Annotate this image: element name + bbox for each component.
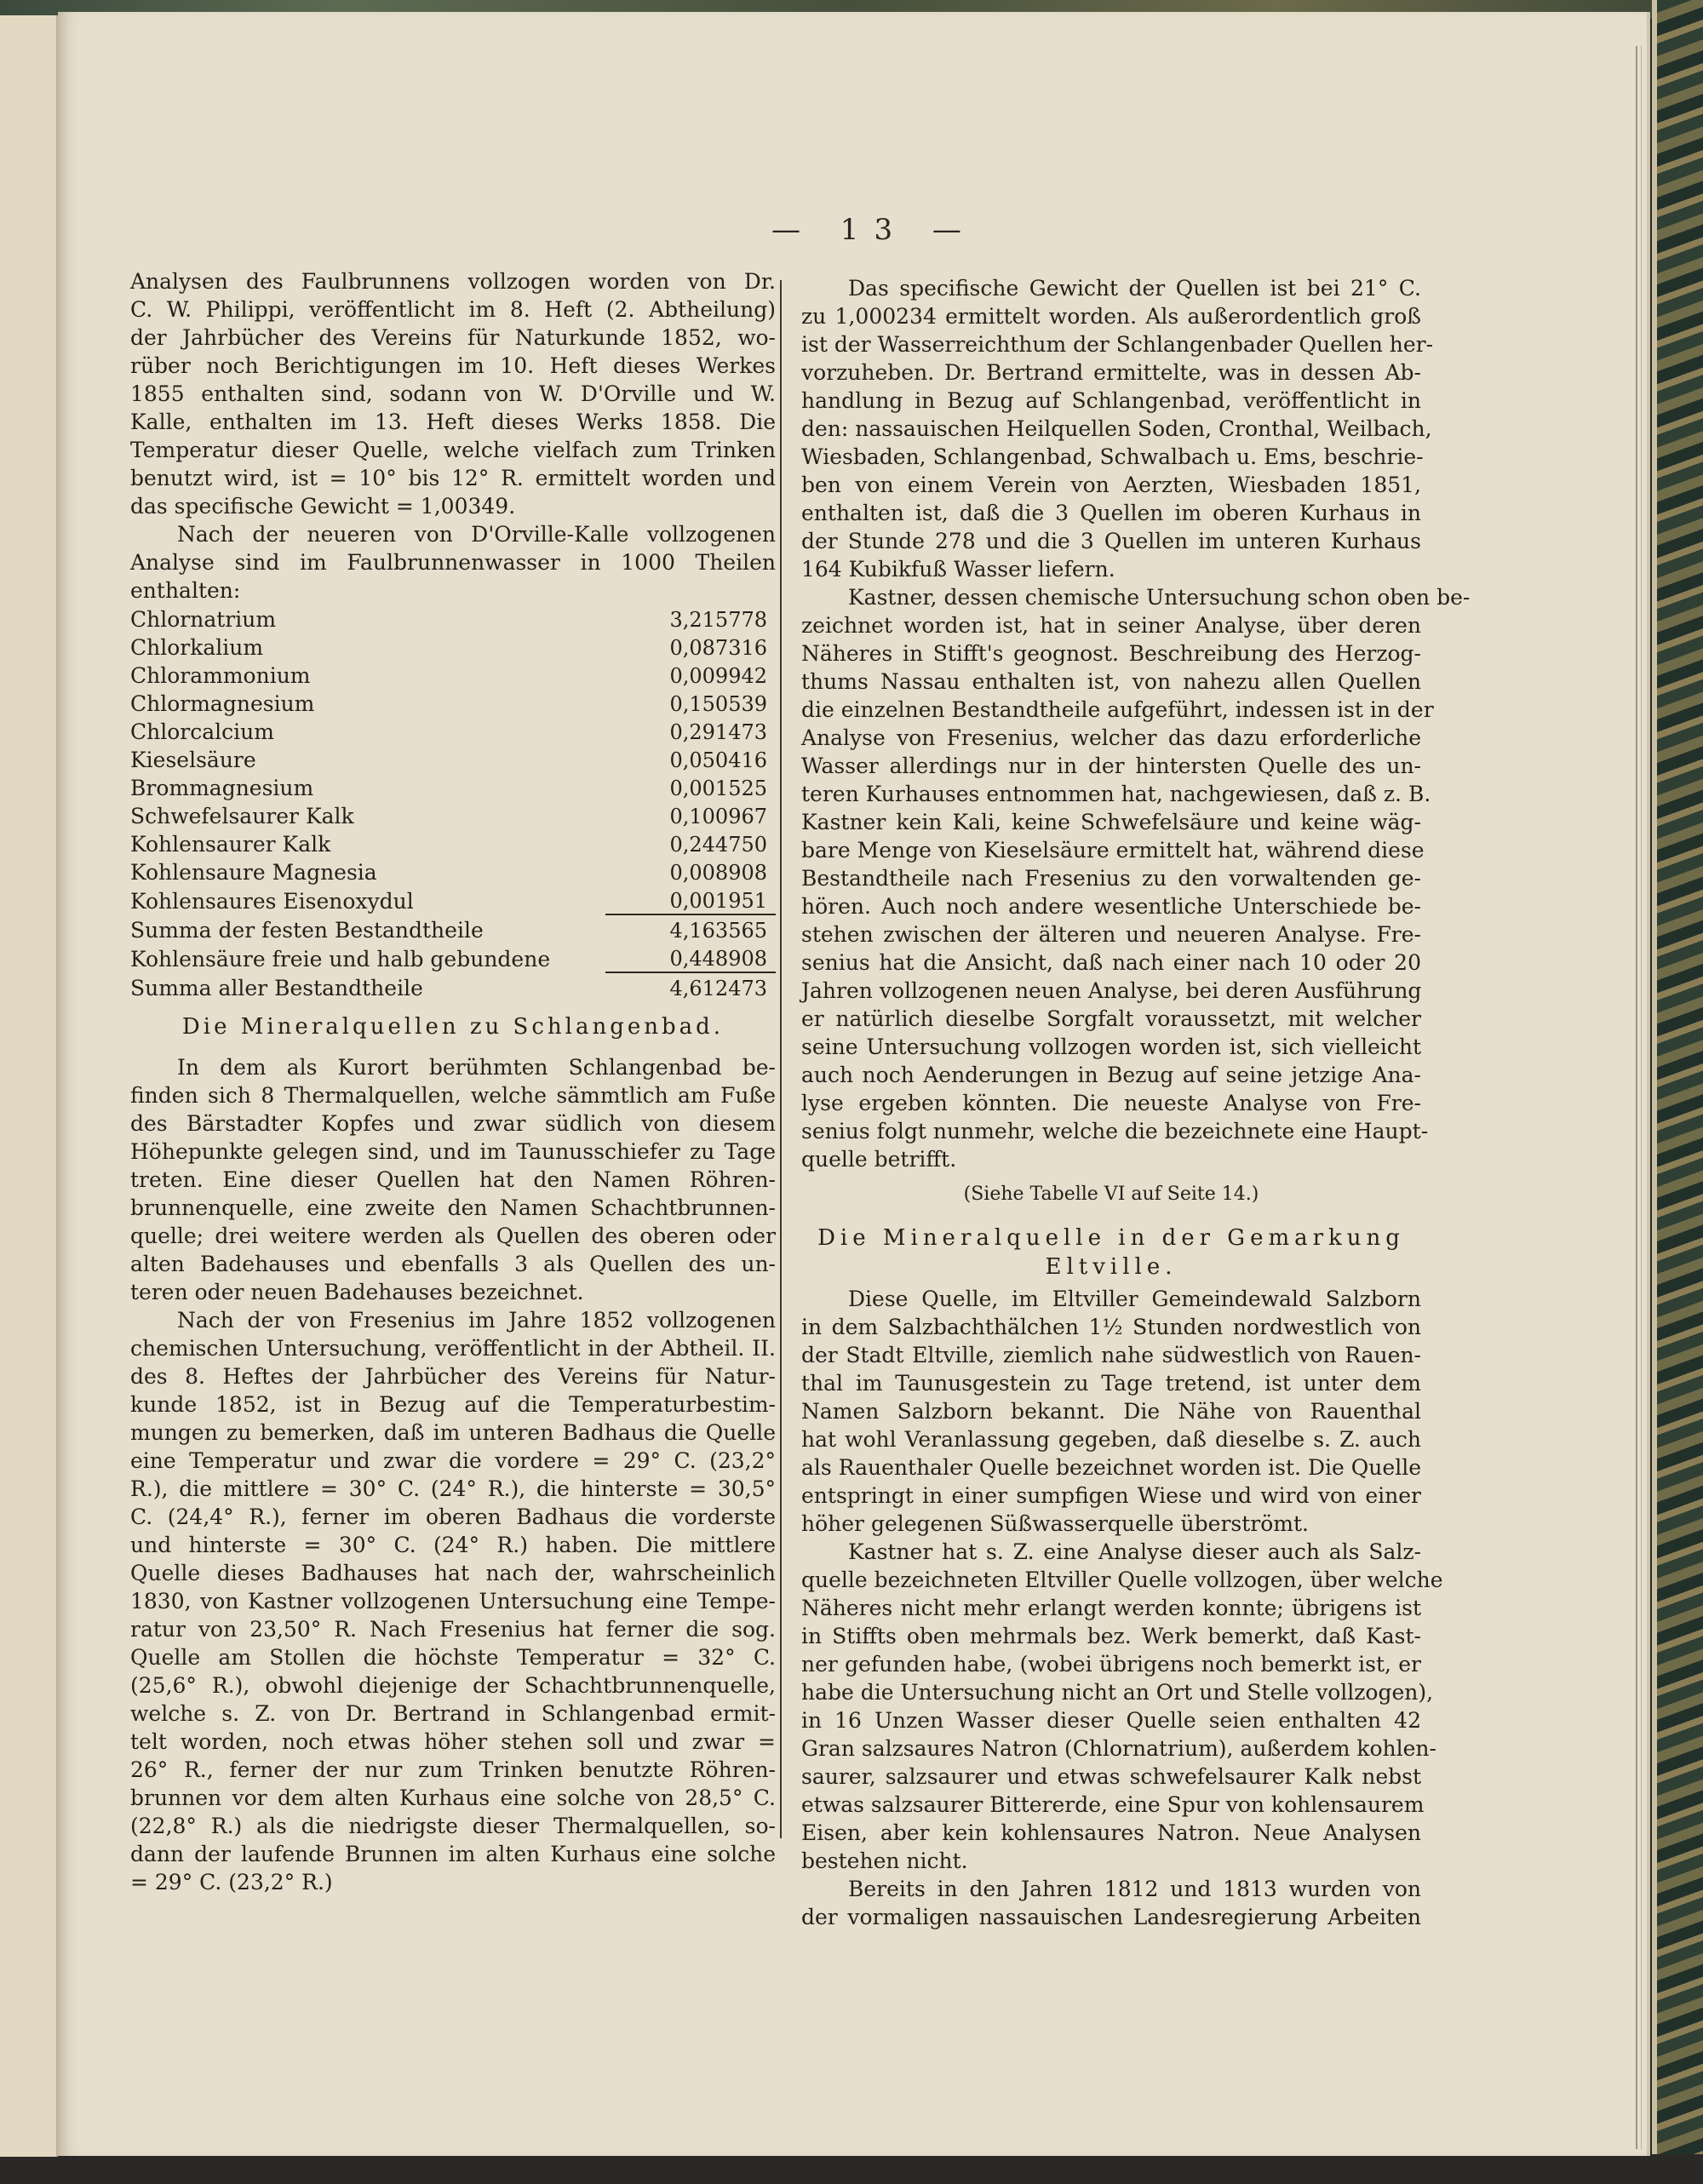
text-line: R.), die mittlere = 30° C. (24° R.), die… <box>130 1475 776 1503</box>
component-name: Kohlensaures Eisenoxydul <box>130 886 605 914</box>
text-line: rüber noch Berichtigungen im 10. Heft di… <box>130 352 776 380</box>
text-line: senius hat die Ansicht, daß nach einer n… <box>801 949 1421 977</box>
right-column: Das specifische Gewicht der Quellen ist … <box>801 274 1421 1931</box>
text-line: quelle betrifft. <box>801 1145 1421 1173</box>
component-name: Summa der festen Bestandtheile <box>130 914 605 943</box>
text-line: alten Badehauses und ebenfalls 3 als Que… <box>130 1250 776 1278</box>
text-line: benutzt wird, ist = 10° bis 12° R. ermit… <box>130 464 776 492</box>
text-line: Analyse von Fresenius, welcher das dazu … <box>801 724 1421 752</box>
component-value: 0,001525 <box>605 773 776 801</box>
page-edge <box>1636 46 1642 2149</box>
table-row-total: Summa aller Bestandtheile4,612473 <box>130 972 776 1001</box>
table-row: Kohlensäure freie und halb gebundene0,44… <box>130 943 776 972</box>
text-line: ner gefunden habe, (wobei übrigens noch … <box>801 1650 1421 1678</box>
paragraph: Das specifische Gewicht der Quellen ist … <box>801 274 1421 583</box>
analysis-table: Chlornatrium3,215778 Chlorkalium0,087316… <box>130 605 776 1001</box>
text-line: saurer, salzsaurer und etwas schwefelsau… <box>801 1763 1421 1791</box>
text-line: zeichnet worden ist, hat in seiner Analy… <box>801 611 1421 639</box>
text-line: Kastner hat s. Z. eine Analyse dieser au… <box>801 1538 1421 1566</box>
text-line: enthalten ist, daß die 3 Quellen im ober… <box>801 499 1421 527</box>
text-line: handlung in Bezug auf Schlangenbad, verö… <box>801 387 1421 415</box>
table-reference: (Siehe Tabelle VI auf Seite 14.) <box>801 1180 1421 1208</box>
text-line: dann der laufende Brunnen im alten Kurha… <box>130 1840 776 1868</box>
text-line: das specifische Gewicht = 1,00349. <box>130 492 776 520</box>
text-line: lyse ergeben könnten. Die neueste Analys… <box>801 1089 1421 1117</box>
text-line: Wasser allerdings nur in der hintersten … <box>801 752 1421 780</box>
table-row-subtotal: Summa der festen Bestandtheile4,163565 <box>130 914 776 943</box>
table-row: Schwefelsaurer Kalk0,100967 <box>130 801 776 829</box>
text-line: bare Menge von Kieselsäure ermittelt hat… <box>801 836 1421 864</box>
text-line: quelle bezeichneten Eltviller Quelle vol… <box>801 1566 1421 1594</box>
text-line: brunnenquelle, eine zweite den Namen Sch… <box>130 1194 776 1222</box>
text-line: höher gelegenen Süßwasserquelle überströ… <box>801 1510 1421 1538</box>
heading-line: Eltville. <box>801 1253 1421 1281</box>
text-line: Wiesbaden, Schlangenbad, Schwalbach u. E… <box>801 443 1421 471</box>
text-line: in dem Salzbachthälchen 1½ Stunden nordw… <box>801 1313 1421 1341</box>
text-line: treten. Eine dieser Quellen hat den Name… <box>130 1166 776 1194</box>
table-row: Kohlensaures Eisenoxydul0,001951 <box>130 886 776 914</box>
text-line: Diese Quelle, im Eltviller Gemeindewald … <box>801 1285 1421 1313</box>
text-line: Näheres nicht mehr erlangt werden konnte… <box>801 1594 1421 1622</box>
table-row: Kieselsäure0,050416 <box>130 745 776 773</box>
component-name: Chlorcalcium <box>130 717 605 745</box>
text-line: telt worden, noch etwas höher stehen sol… <box>130 1728 776 1756</box>
component-name: Kohlensaure Magnesia <box>130 857 605 886</box>
section-heading-eltville: Die Mineralquelle in der Gemarkung Eltvi… <box>801 1224 1421 1281</box>
text-line: mungen zu bemerken, daß im unteren Badha… <box>130 1419 776 1447</box>
component-value: 0,050416 <box>605 745 776 773</box>
text-line: In dem als Kurort berühmten Schlangenbad… <box>130 1053 776 1081</box>
component-value: 0,100967 <box>605 801 776 829</box>
text-line: thums Nassau enthalten ist, von nahezu a… <box>801 668 1421 696</box>
component-value: 4,612473 <box>605 972 776 1001</box>
text-line: des 8. Heftes der Jahrbücher des Vereins… <box>130 1362 776 1390</box>
table-row: Kohlensaurer Kalk0,244750 <box>130 829 776 857</box>
text-line: auch noch Aenderungen in Bezug auf seine… <box>801 1061 1421 1089</box>
text-line: 164 Kubikfuß Wasser liefern. <box>801 555 1421 583</box>
text-line: Kastner kein Kali, keine Schwefelsäure u… <box>801 808 1421 836</box>
text-line: 26° R., ferner der nur zum Trinken benut… <box>130 1756 776 1784</box>
text-line: in 16 Unzen Wasser dieser Quelle seien e… <box>801 1706 1421 1734</box>
text-line: 1855 enthalten sind, sodann von W. D'Orv… <box>130 380 776 408</box>
text-line: vorzuheben. Dr. Bertrand ermittelte, was… <box>801 358 1421 387</box>
text-line: die einzelnen Bestandtheile aufgeführt, … <box>801 696 1421 724</box>
text-line: Bereits in den Jahren 1812 und 1813 wurd… <box>801 1875 1421 1903</box>
text-line: seine Untersuchung vollzogen worden ist,… <box>801 1033 1421 1061</box>
text-line: Analysen des Faulbrunnens vollzogen word… <box>130 267 776 295</box>
text-line: chemischen Untersuchung, veröffentlicht … <box>130 1334 776 1362</box>
text-line: enthalten: <box>130 576 776 605</box>
text-line: Näheres in Stifft's geognost. Beschreibu… <box>801 639 1421 668</box>
component-value: 0,009942 <box>605 661 776 689</box>
component-value: 4,163565 <box>605 914 776 943</box>
paragraph: Diese Quelle, im Eltviller Gemeindewald … <box>801 1285 1421 1538</box>
text-line: bestehen nicht. <box>801 1847 1421 1875</box>
text-line: ratur von 23,50° R. Nach Fresenius hat f… <box>130 1615 776 1643</box>
component-name: Chlorammonium <box>130 661 605 689</box>
text-line: stehen zwischen der älteren und neueren … <box>801 920 1421 949</box>
book-binding-bottom <box>0 2154 1703 2184</box>
text-line: senius folgt nunmehr, welche die bezeich… <box>801 1117 1421 1145</box>
text-line: eine Temperatur und zwar die vordere = 2… <box>130 1447 776 1475</box>
component-name: Chlormagnesium <box>130 689 605 717</box>
text-line: und hinterste = 30° C. (24° R.) haben. D… <box>130 1531 776 1559</box>
text-line: Bestandtheile nach Fresenius zu den vorw… <box>801 864 1421 892</box>
text-line: Gran salzsaures Natron (Chlornatrium), a… <box>801 1734 1421 1763</box>
text-line: C. W. Philippi, veröffentlicht im 8. Hef… <box>130 295 776 324</box>
page-number: — 13 — <box>771 213 977 247</box>
table-row: Chlormagnesium0,150539 <box>130 689 776 717</box>
text-line: (25,6° R.), obwohl diejenige der Schacht… <box>130 1671 776 1700</box>
section-heading-schlangenbad: Die Mineralquellen zu Schlangenbad. <box>130 1013 776 1041</box>
paragraph: Kastner, dessen chemische Untersuchung s… <box>801 583 1421 1173</box>
marbled-cover-edge <box>1652 0 1703 2184</box>
text-line: = 29° C. (23,2° R.) <box>130 1868 776 1896</box>
component-value: 0,244750 <box>605 829 776 857</box>
text-line: entspringt in einer sumpfigen Wiese und … <box>801 1482 1421 1510</box>
paragraph: Bereits in den Jahren 1812 und 1813 wurd… <box>801 1875 1421 1931</box>
book-page: — 13 — Analysen des Faulbrunnens vollzog… <box>58 12 1650 2156</box>
table-row: Kohlensaure Magnesia0,008908 <box>130 857 776 886</box>
component-name: Kohlensaurer Kalk <box>130 829 605 857</box>
text-line: brunnen vor dem alten Kurhaus eine solch… <box>130 1784 776 1812</box>
text-line: in Stiffts oben mehrmals bez. Werk bemer… <box>801 1622 1421 1650</box>
text-line: welche s. Z. von Dr. Bertrand in Schlang… <box>130 1700 776 1728</box>
text-line: den: nassauischen Heilquellen Soden, Cro… <box>801 415 1421 443</box>
table-row: Chlorkalium0,087316 <box>130 633 776 661</box>
text-line: der vormaligen nassauischen Landesregier… <box>801 1903 1421 1931</box>
component-value: 3,215778 <box>605 605 776 633</box>
text-line: Eisen, aber kein kohlensaures Natron. Ne… <box>801 1819 1421 1847</box>
text-line: C. (24,4° R.), ferner im oberen Badhaus … <box>130 1503 776 1531</box>
text-line: Kalle, enthalten im 13. Heft dieses Werk… <box>130 408 776 436</box>
table-row: Chlorcalcium0,291473 <box>130 717 776 745</box>
paragraph: Kastner hat s. Z. eine Analyse dieser au… <box>801 1538 1421 1875</box>
component-name: Brommagnesium <box>130 773 605 801</box>
text-line: des Bärstadter Kopfes und zwar südlich v… <box>130 1109 776 1138</box>
text-line: teren oder neuen Badehauses bezeichnet. <box>130 1278 776 1306</box>
table-row: Brommagnesium0,001525 <box>130 773 776 801</box>
intro-paragraph: Analysen des Faulbrunnens vollzogen word… <box>130 267 776 520</box>
text-line: kunde 1852, ist in Bezug auf die Tempera… <box>130 1390 776 1419</box>
component-name: Summa aller Bestandtheile <box>130 972 605 1001</box>
text-line: als Rauenthaler Quelle bezeichnet worden… <box>801 1453 1421 1482</box>
text-line: er natürlich dieselbe Sorgfalt vorausset… <box>801 1005 1421 1033</box>
table-row: Chlorammonium0,009942 <box>130 661 776 689</box>
text-line: Höhepunkte gelegen sind, und im Taunussc… <box>130 1138 776 1166</box>
previous-page-edge <box>0 15 58 2157</box>
text-line: Jahren vollzogenen neuen Analyse, bei de… <box>801 977 1421 1005</box>
left-column: Analysen des Faulbrunnens vollzogen word… <box>130 267 776 1896</box>
text-line: Temperatur dieser Quelle, welche vielfac… <box>130 436 776 464</box>
table-row: Chlornatrium3,215778 <box>130 605 776 633</box>
text-line: thal im Taunusgestein zu Tage tretend, i… <box>801 1369 1421 1397</box>
component-value: 0,150539 <box>605 689 776 717</box>
paragraph: Nach der von Fresenius im Jahre 1852 vol… <box>130 1306 776 1896</box>
text-line: Analyse sind im Faulbrunnenwasser in 100… <box>130 548 776 576</box>
text-line: quelle; drei weitere werden als Quellen … <box>130 1222 776 1250</box>
text-line: Das specifische Gewicht der Quellen ist … <box>801 274 1421 302</box>
text-line: Kastner, dessen chemische Untersuchung s… <box>801 583 1421 611</box>
component-name: Schwefelsaurer Kalk <box>130 801 605 829</box>
text-line: hat wohl Veranlassung gegeben, daß diese… <box>801 1425 1421 1453</box>
component-name: Chlorkalium <box>130 633 605 661</box>
component-value: 0,001951 <box>605 886 776 914</box>
text-line: Nach der von Fresenius im Jahre 1852 vol… <box>130 1306 776 1334</box>
text-line: teren Kurhauses entnommen hat, nachgewie… <box>801 780 1421 808</box>
text-line: der Stadt Eltville, ziemlich nahe südwes… <box>801 1341 1421 1369</box>
text-line: 1830, von Kastner vollzogenen Untersuchu… <box>130 1587 776 1615</box>
text-line: Nach der neueren von D'Orville-Kalle vol… <box>130 520 776 548</box>
text-line: ben von einem Verein von Aerzten, Wiesba… <box>801 471 1421 499</box>
text-line: ist der Wasserreichthum der Schlangenbad… <box>801 330 1421 358</box>
text-line: (22,8° R.) als die niedrigste dieser The… <box>130 1812 776 1840</box>
text-line: Quelle am Stollen die höchste Temperatur… <box>130 1643 776 1671</box>
text-line: Quelle dieses Badhauses hat nach der, wa… <box>130 1559 776 1587</box>
heading-line: Die Mineralquelle in der Gemarkung <box>801 1224 1421 1253</box>
component-value: 0,448908 <box>605 943 776 972</box>
component-value: 0,291473 <box>605 717 776 745</box>
text-line: hören. Auch noch andere wesentliche Unte… <box>801 892 1421 920</box>
component-name: Chlornatrium <box>130 605 605 633</box>
column-divider <box>780 280 782 1838</box>
text-line: etwas salzsaurer Bittererde, eine Spur v… <box>801 1791 1421 1819</box>
text-line: der Stunde 278 und die 3 Quellen im unte… <box>801 527 1421 555</box>
text-line: Namen Salzborn bekannt. Die Nähe von Rau… <box>801 1397 1421 1425</box>
component-name: Kohlensäure freie und halb gebundene <box>130 943 605 972</box>
analysis-intro-paragraph: Nach der neueren von D'Orville-Kalle vol… <box>130 520 776 605</box>
text-line: habe die Untersuchung nicht an Ort und S… <box>801 1678 1421 1706</box>
text-line: zu 1,000234 ermittelt worden. Als außero… <box>801 302 1421 330</box>
text-line: finden sich 8 Thermalquellen, welche säm… <box>130 1081 776 1109</box>
component-value: 0,008908 <box>605 857 776 886</box>
component-name: Kieselsäure <box>130 745 605 773</box>
component-value: 0,087316 <box>605 633 776 661</box>
paragraph: In dem als Kurort berühmten Schlangenbad… <box>130 1053 776 1306</box>
text-line: der Jahrbücher des Vereins für Naturkund… <box>130 324 776 352</box>
